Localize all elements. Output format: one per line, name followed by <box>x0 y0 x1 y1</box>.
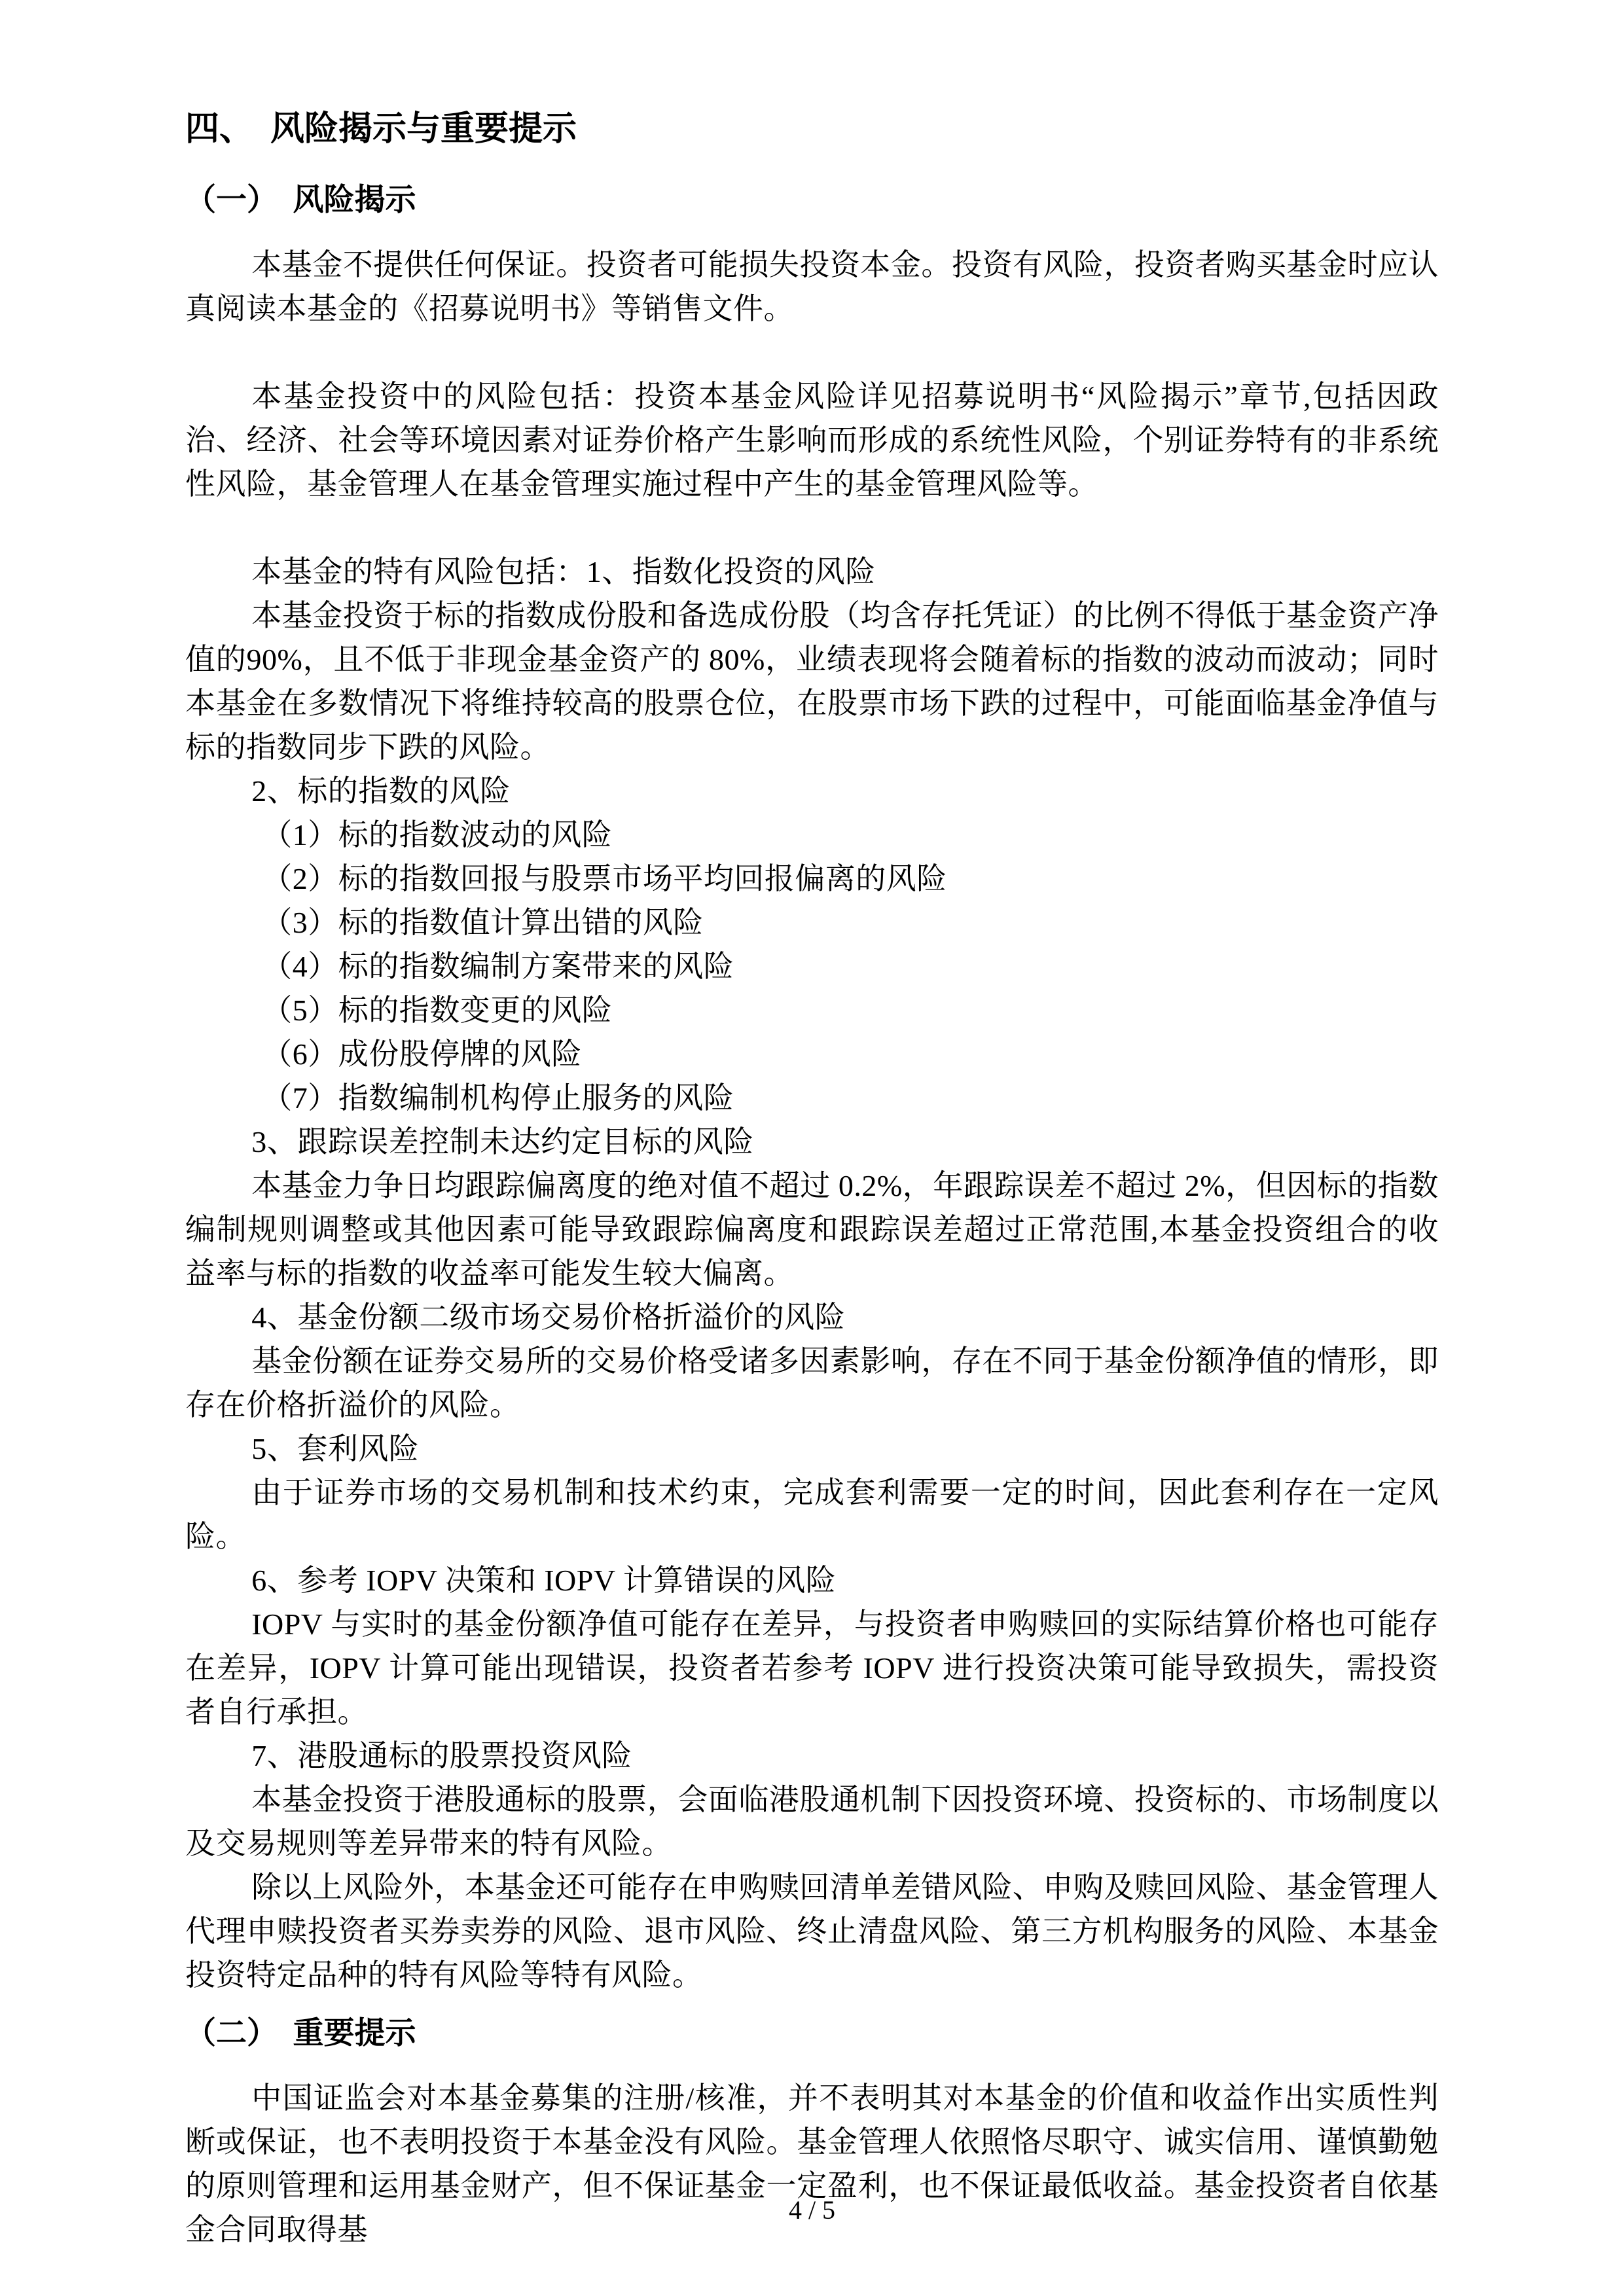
risk-subitem-2: （2）标的指数回报与股票市场平均回报偏离的风险 <box>185 857 1439 901</box>
document-page: 四、 风险揭示与重要提示 （一） 风险揭示 本基金不提供任何保证。投资者可能损失… <box>0 0 1624 2296</box>
section-2-heading: （二） 重要提示 <box>185 2013 1439 2053</box>
risk-disclosure-intro: 本基金不提供任何保证。投资者可能损失投资本金。投资有风险，投资者购买基金时应认真… <box>185 243 1439 331</box>
chapter-heading: 四、 风险揭示与重要提示 <box>185 108 1439 151</box>
special-risks-lead: 本基金的特有风险包括：1、指数化投资的风险 <box>185 550 1439 594</box>
premium-discount-risk-detail: 基金份额在证券交易所的交易价格受诸多因素影响，存在不同于基金份额净值的情形，即存… <box>185 1339 1439 1427</box>
arbitrage-risk-detail: 由于证券市场的交易机制和技术约束，完成套利需要一定的时间，因此套利存在一定风险。 <box>185 1471 1439 1558</box>
index-investment-risk-detail: 本基金投资于标的指数成份股和备选成份股（均含存托凭证）的比例不得低于基金资产净值… <box>185 594 1439 769</box>
iopv-risk-detail: IOPV 与实时的基金份额净值可能存在差异，与投资者申购赎回的实际结算价格也可能… <box>185 1602 1439 1734</box>
other-risks-paragraph: 除以上风险外，本基金还可能存在申购赎回清单差错风险、申购及赎回风险、基金管理人代… <box>185 1865 1439 1997</box>
premium-discount-risk-title: 4、基金份额二级市场交易价格折溢价的风险 <box>185 1295 1439 1339</box>
risk-subitem-3: （3）标的指数值计算出错的风险 <box>185 901 1439 944</box>
risk-subitem-6: （6）成份股停牌的风险 <box>185 1032 1439 1076</box>
investment-risks-overview: 本基金投资中的风险包括：投资本基金风险详见招募说明书“风险揭示”章节,包括因政治… <box>185 374 1439 506</box>
page-number: 4 / 5 <box>0 2195 1624 2225</box>
risk-subitem-1: （1）标的指数波动的风险 <box>185 813 1439 857</box>
iopv-risk-title: 6、参考 IOPV 决策和 IOPV 计算错误的风险 <box>185 1558 1439 1602</box>
hk-connect-risk-title: 7、港股通标的股票投资风险 <box>185 1734 1439 1778</box>
section-1-heading: （一） 风险揭示 <box>185 179 1439 219</box>
tracking-error-risk-detail: 本基金力争日均跟踪偏离度的绝对值不超过 0.2%，年跟踪误差不超过 2%，但因标… <box>185 1164 1439 1295</box>
arbitrage-risk-title: 5、套利风险 <box>185 1427 1439 1471</box>
risk-subitem-7: （7）指数编制机构停止服务的风险 <box>185 1076 1439 1120</box>
hk-connect-risk-detail: 本基金投资于港股通标的股票，会面临港股通机制下因投资环境、投资标的、市场制度以及… <box>185 1778 1439 1865</box>
risk-subitem-5: （5）标的指数变更的风险 <box>185 988 1439 1032</box>
risk-item-2-title: 2、标的指数的风险 <box>185 769 1439 813</box>
tracking-error-risk-title: 3、跟踪误差控制未达约定目标的风险 <box>185 1120 1439 1164</box>
risk-subitem-4: （4）标的指数编制方案带来的风险 <box>185 944 1439 988</box>
